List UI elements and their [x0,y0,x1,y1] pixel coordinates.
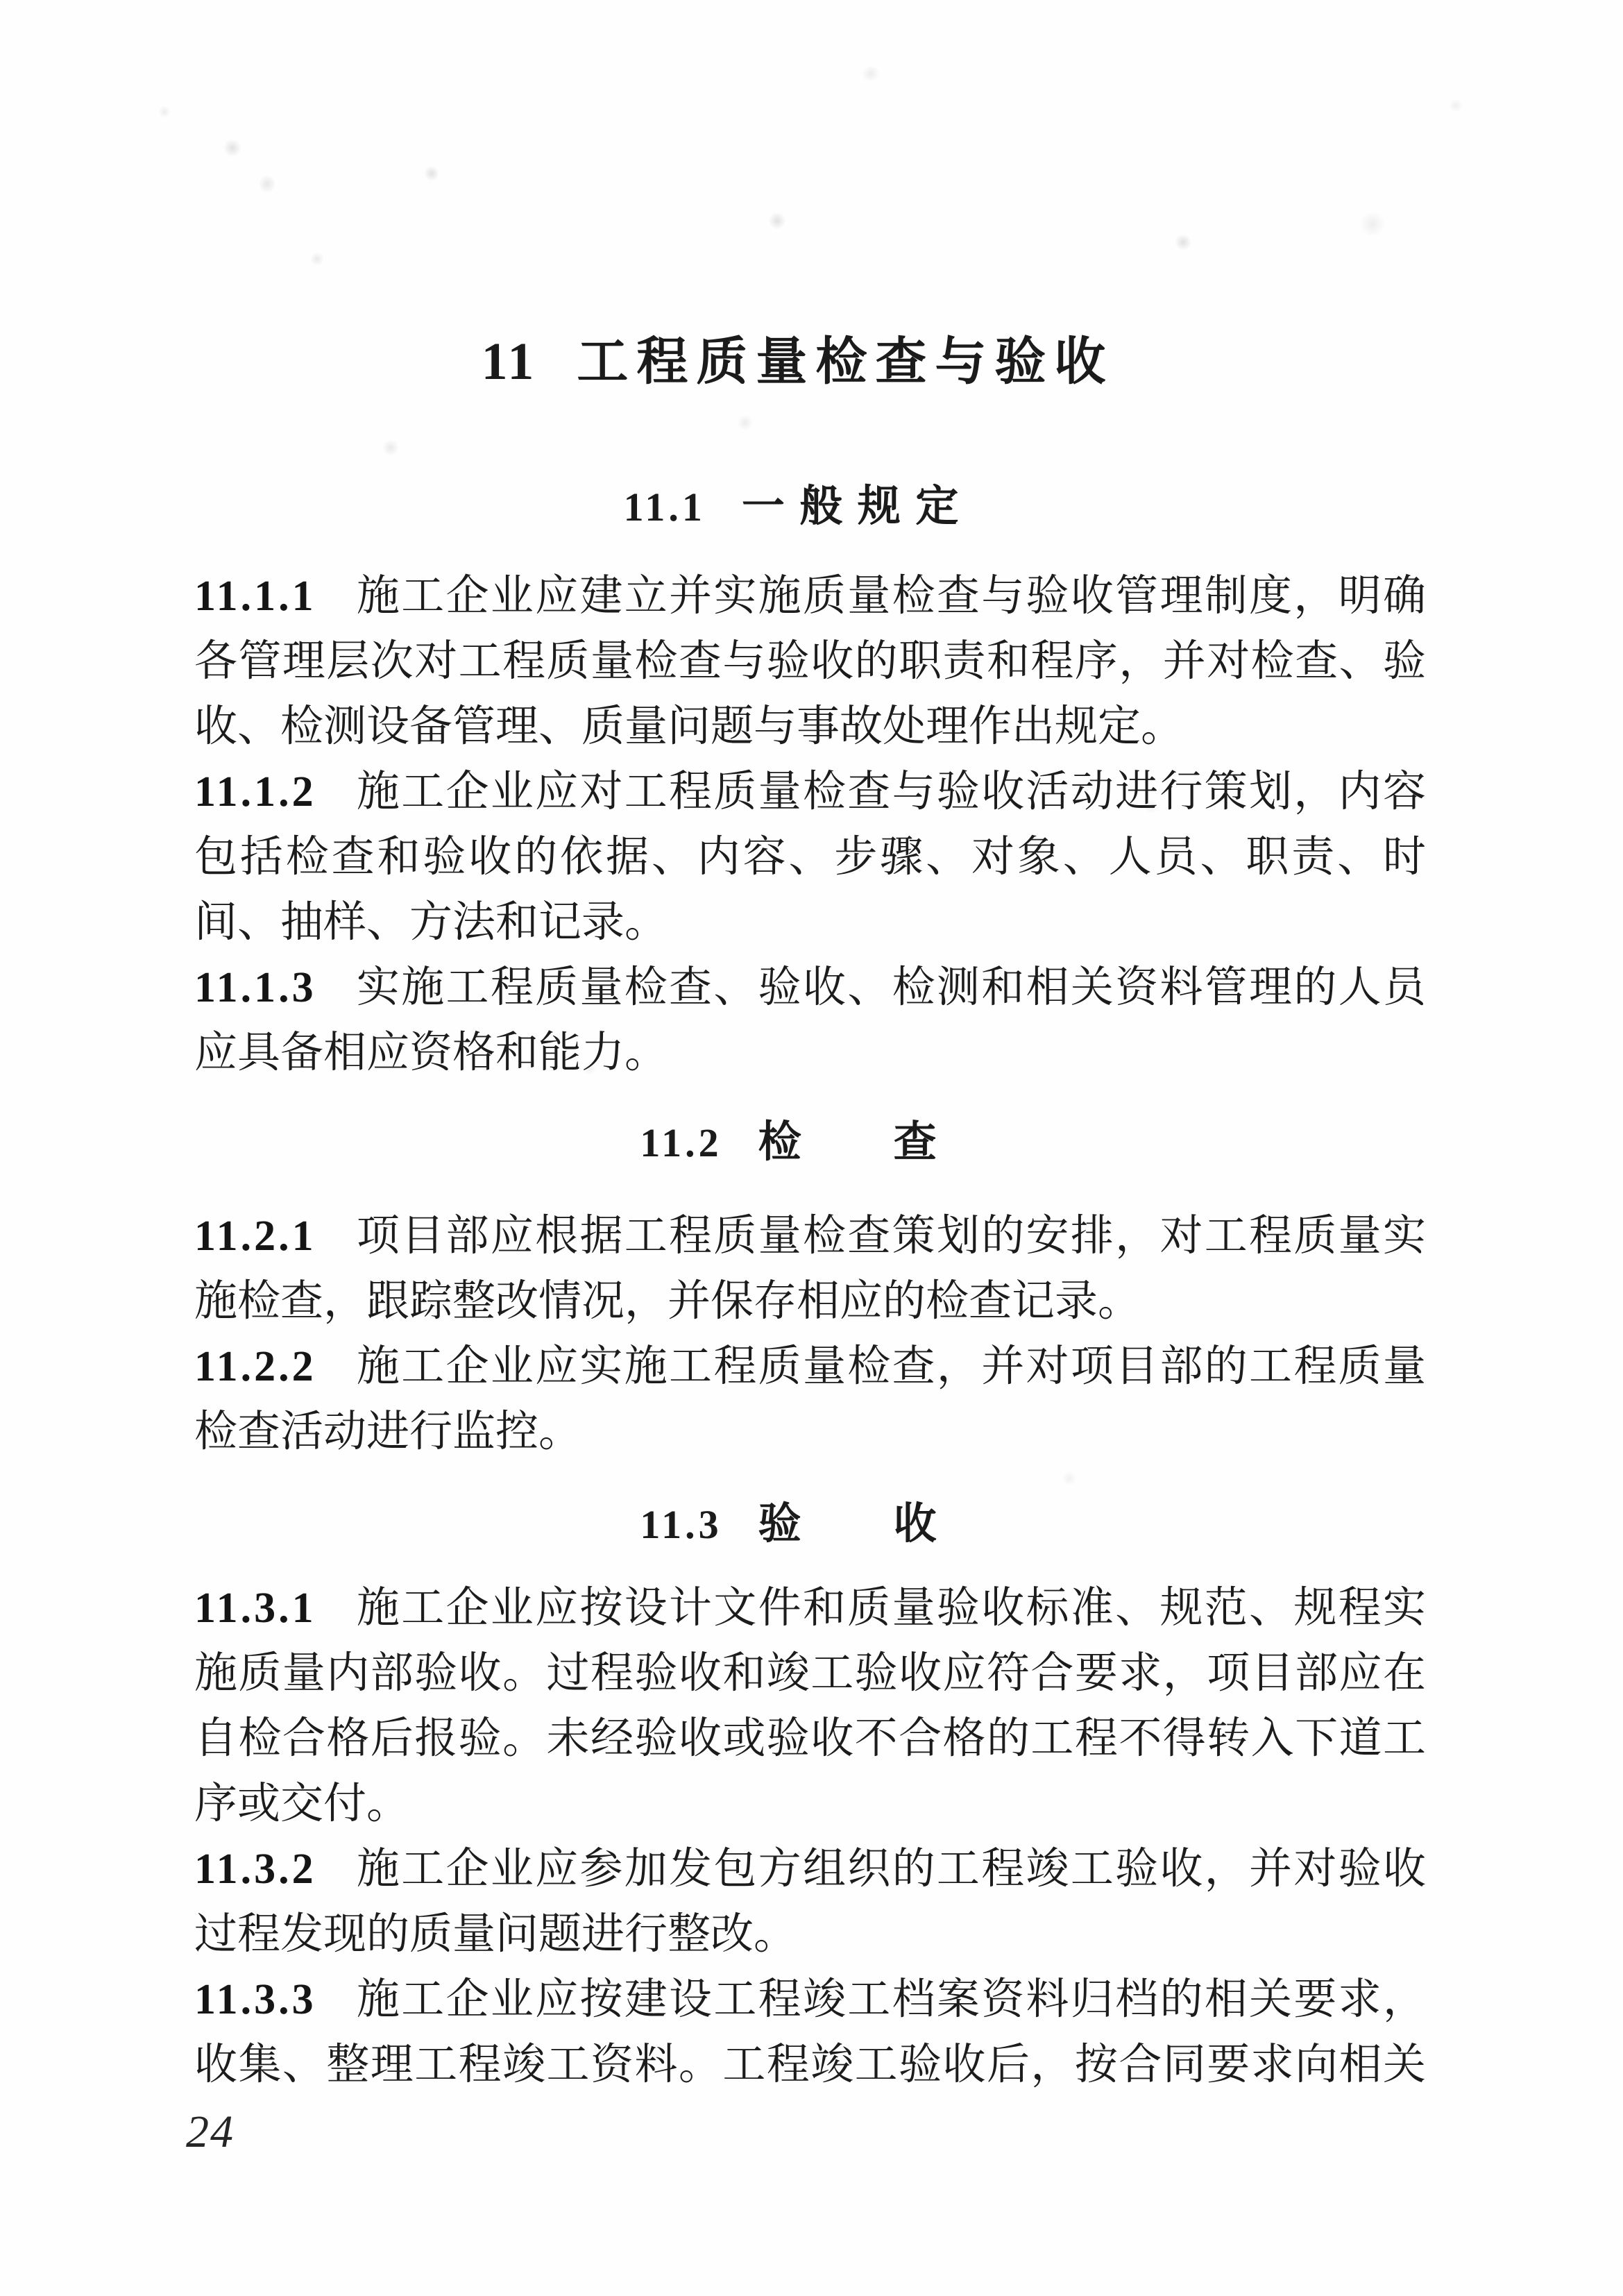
clause-text: 施工企业应建立并实施质量检查与验收管理制度，明确 [355,573,1426,620]
clause-line: 11.1.3实施工程质量检查、验收、检测和相关资料管理的人员 [194,955,1426,1020]
clause-line: 11.2.2施工企业应实施工程质量检查，并对项目部的工程质量 [194,1334,1426,1399]
scan-noise-speck [158,105,171,118]
clause-line: 11.2.1项目部应根据工程质量检查策划的安排，对工程质量实 [194,1204,1426,1269]
section-number: 11.3 [640,1502,722,1547]
clause-text: 施工企业应按建设工程竣工档案资料归档的相关要求， [355,1976,1426,2023]
section-number: 11.2 [640,1120,722,1165]
section-title: 一 般 规 定 [742,483,961,530]
clause-line: 应具备相应资格和能力。 [194,1020,1426,1086]
clause-line: 收、检测设备管理、质量问题与事故处理作出规定。 [194,694,1426,759]
clause-line: 序或交付。 [194,1771,1426,1837]
clause-line: 11.3.1施工企业应按设计文件和质量验收标准、规范、规程实 [194,1576,1426,1641]
section-title: 验 收 [758,1501,939,1548]
clause-line: 间、抽样、方法和记录。 [194,890,1426,955]
page-number: 24 [186,2106,235,2159]
clause-line: 包括检查和验收的依据、内容、步骤、对象、人员、职责、时 [194,825,1426,890]
scan-noise-speck [425,165,439,182]
clause-number: 11.1.2 [194,768,316,816]
clause-number: 11.1.3 [194,964,316,1011]
clause-number: 11.2.2 [194,1343,316,1390]
scan-noise-speck [769,212,785,230]
clause-line: 检查活动进行监控。 [194,1399,1426,1464]
clause-line: 自检合格后报验。未经验收或验收不合格的工程不得转入下道工 [194,1706,1426,1771]
scan-noise-speck [260,174,275,194]
clause-number: 11.3.1 [194,1585,316,1632]
chapter-number: 11 [482,332,537,391]
scan-noise-speck [1062,1471,1077,1485]
clause-text: 施工企业应实施工程质量检查，并对项目部的工程质量 [355,1343,1426,1390]
scan-noise-speck [860,67,881,81]
clause-line: 11.3.3施工企业应按建设工程竣工档案资料归档的相关要求， [194,1967,1426,2032]
section-body-11-3: 11.3.1施工企业应按设计文件和质量验收标准、规范、规程实 施质量内部验收。过… [194,1576,1426,2097]
clause-text: 施工企业应参加发包方组织的工程竣工验收，并对验收 [355,1846,1426,1893]
chapter-title-text: 工程质量检查与验收 [577,334,1114,391]
scan-noise-speck [383,439,398,457]
clause-number: 11.3.2 [194,1846,316,1893]
scan-noise-speck [223,139,241,157]
section-heading-11-2: 11.2检 查 [0,1115,1601,1181]
clause-number: 11.3.3 [194,1976,316,2023]
clause-line: 11.1.1施工企业应建立并实施质量检查与验收管理制度，明确 [194,564,1426,629]
clause-line: 各管理层次对工程质量检查与验收的职责和程序，并对检查、验 [194,629,1426,694]
clause-text: 实施工程质量检查、验收、检测和相关资料管理的人员 [355,964,1426,1011]
clause-line: 11.1.2施工企业应对工程质量检查与验收活动进行策划，内容 [194,759,1426,825]
clause-number: 11.2.1 [194,1213,316,1260]
section-number: 11.1 [624,484,706,530]
clause-text: 施工企业应按设计文件和质量验收标准、规范、规程实 [355,1585,1426,1632]
section-body-11-1: 11.1.1施工企业应建立并实施质量检查与验收管理制度，明确 各管理层次对工程质… [194,564,1426,1086]
clause-line: 施质量内部验收。过程验收和竣工验收应符合要求，项目部应在 [194,1641,1426,1706]
clause-line: 施检查，跟踪整改情况，并保存相应的检查记录。 [194,1269,1426,1334]
clause-text: 施工企业应对工程质量检查与验收活动进行策划，内容 [355,768,1426,816]
scan-noise-speck [737,415,754,430]
section-heading-11-1: 11.1一 般 规 定 [0,479,1604,546]
section-heading-11-3: 11.3验 收 [0,1496,1601,1563]
document-page: 11工程质量检查与验收 11.1一 般 规 定 11.1.1施工企业应建立并实施… [0,0,1623,2296]
scan-noise-speck [311,251,323,267]
clause-text: 项目部应根据工程质量检查策划的安排，对工程质量实 [355,1213,1426,1260]
clause-line: 收集、整理工程竣工资料。工程竣工验收后，按合同要求向相关 [194,2032,1426,2097]
scan-noise-speck [1174,235,1192,250]
scan-noise-speck [1449,99,1463,112]
section-title: 检 查 [758,1119,939,1166]
clause-line: 11.3.2施工企业应参加发包方组织的工程竣工验收，并对验收 [194,1837,1426,1902]
scan-noise-speck [1359,212,1386,236]
chapter-title: 11工程质量检查与验收 [0,330,1609,407]
clause-line: 过程发现的质量问题进行整改。 [194,1902,1426,1967]
clause-number: 11.1.1 [194,573,316,620]
section-body-11-2: 11.2.1项目部应根据工程质量检查策划的安排，对工程质量实 施检查，跟踪整改情… [194,1204,1426,1464]
